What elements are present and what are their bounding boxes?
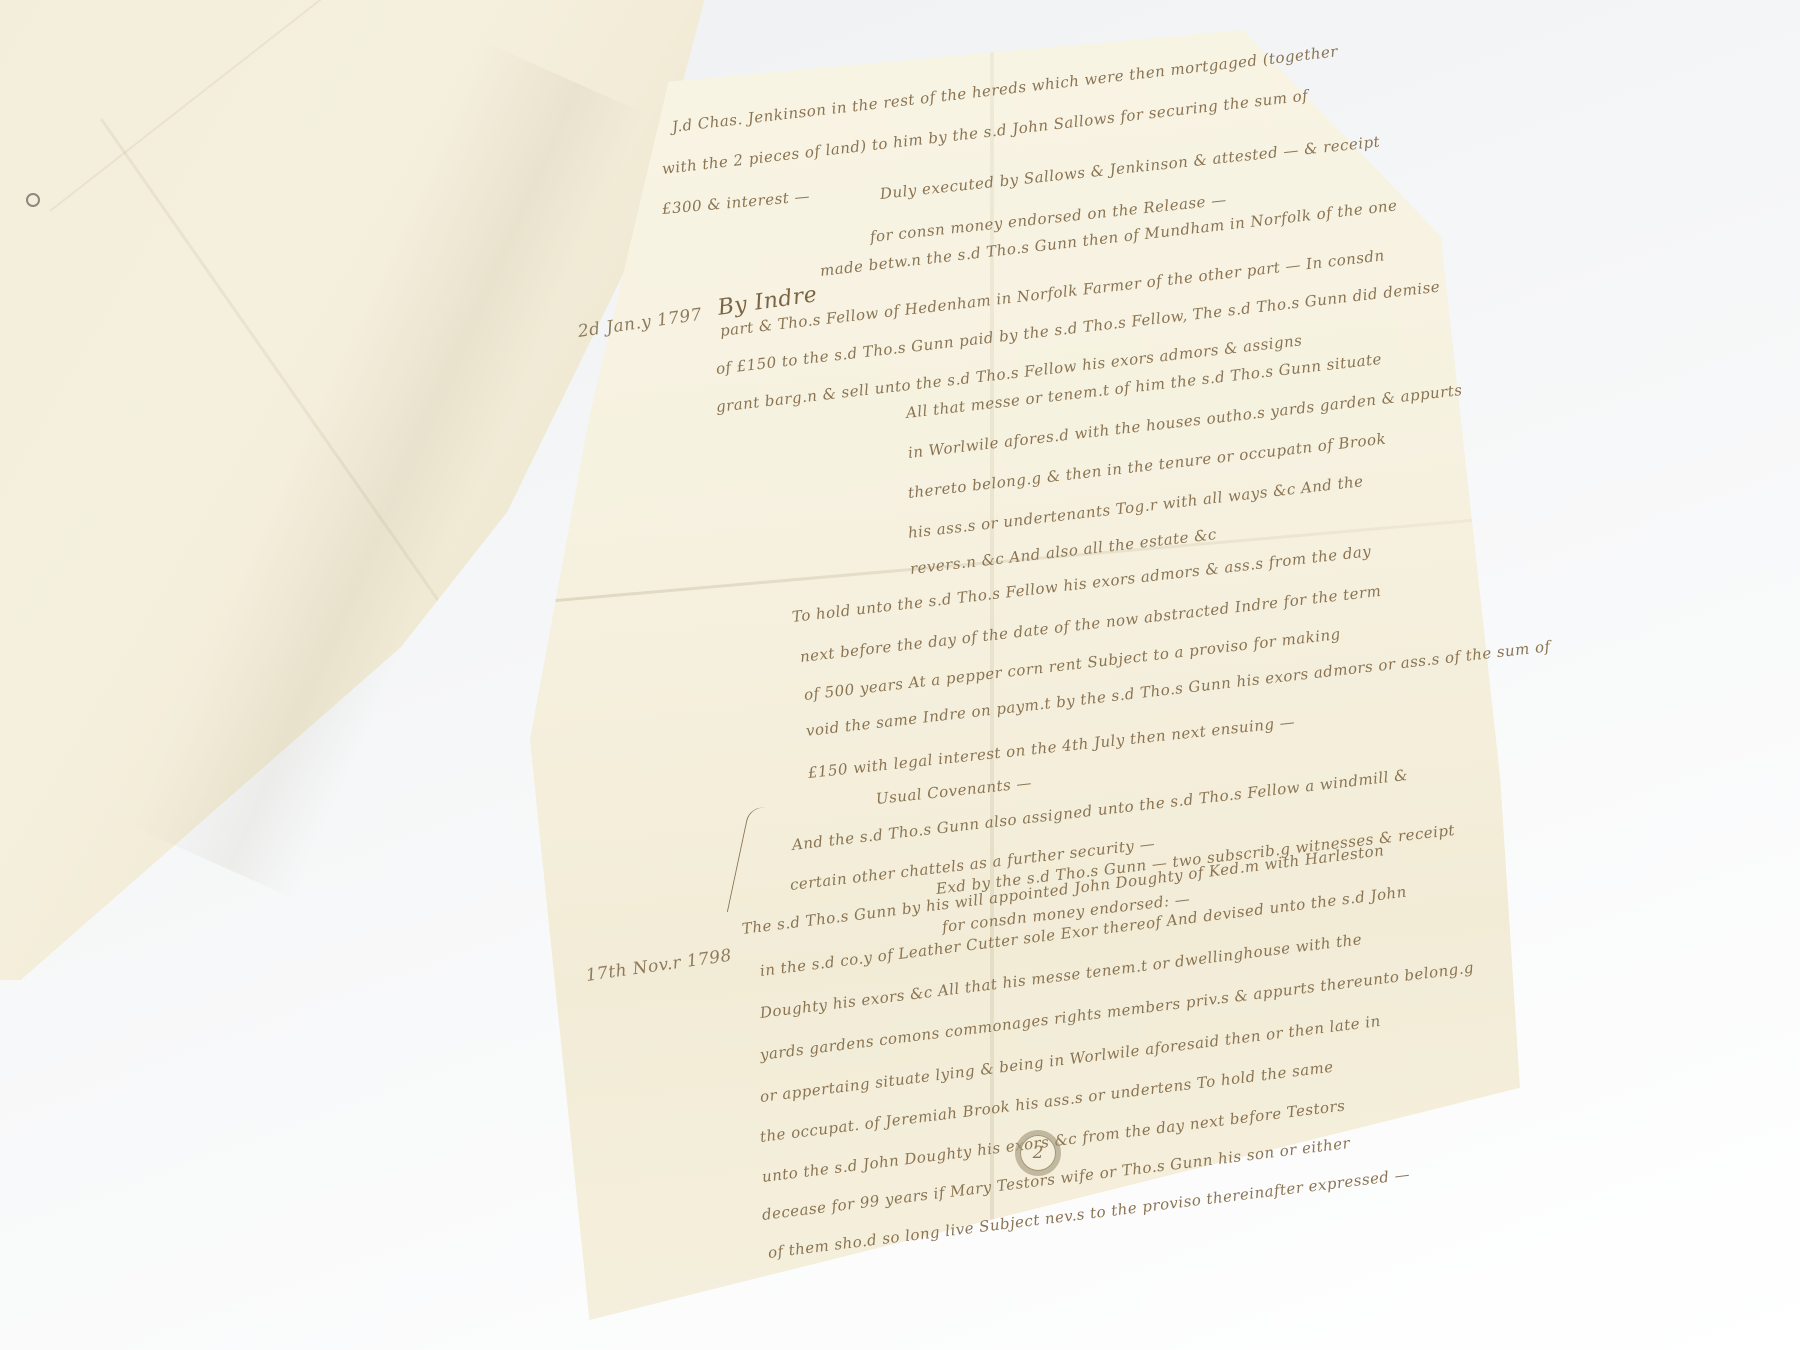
fold-crease bbox=[49, 0, 381, 212]
photo-scene: J.d Chas. Jenkinson in the rest of the h… bbox=[0, 0, 1800, 1350]
vertical-fold-crease bbox=[990, 30, 994, 1320]
fold-crease bbox=[100, 118, 504, 693]
paper-mark-icon bbox=[26, 193, 40, 207]
document-page bbox=[530, 30, 1520, 1320]
horizontal-fold-crease bbox=[532, 515, 1518, 604]
